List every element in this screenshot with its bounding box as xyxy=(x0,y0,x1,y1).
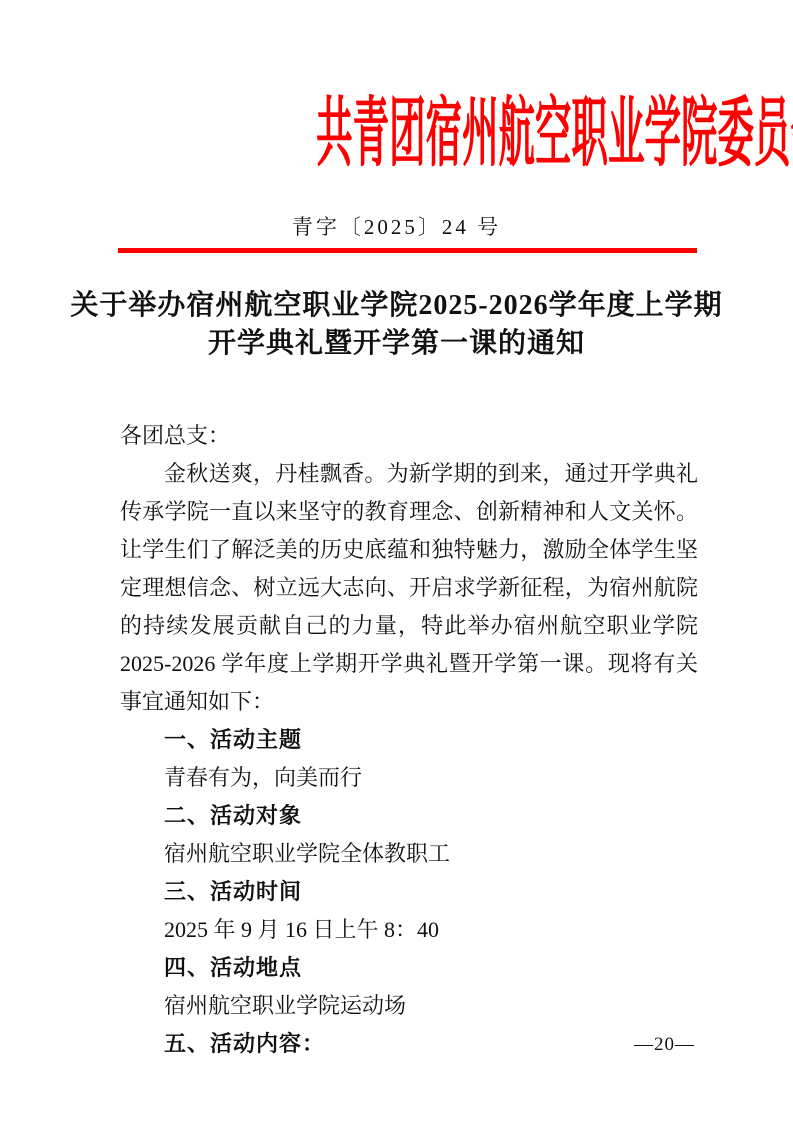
document-title-line-1: 关于举办宿州航空职业学院2025-2026学年度上学期 xyxy=(50,287,743,325)
document-title-line-2: 开学典礼暨开学第一课的通知 xyxy=(50,325,743,363)
section-1-content: 青春有为，向美而行 xyxy=(120,759,698,797)
section-2-heading: 二、活动对象 xyxy=(120,797,698,835)
section-5-heading: 五、活动内容： xyxy=(120,1025,698,1063)
red-letterhead: 共青团宿州航空职业学院委员会文件 xyxy=(0,86,793,182)
letterhead-title: 共青团宿州航空职业学院委员会文件 xyxy=(316,86,793,182)
document-page: 共青团宿州航空职业学院委员会文件 青字〔2025〕24 号 关于举办宿州航空职业… xyxy=(0,0,793,1122)
salutation: 各团总支： xyxy=(120,417,698,455)
section-3-heading: 三、活动时间 xyxy=(120,873,698,911)
section-2-content: 宿州航空职业学院全体教职工 xyxy=(120,835,698,873)
document-title: 关于举办宿州航空职业学院2025-2026学年度上学期 开学典礼暨开学第一课的通… xyxy=(50,287,743,363)
section-1-heading: 一、活动主题 xyxy=(120,721,698,759)
document-number: 青字〔2025〕24 号 xyxy=(0,211,793,241)
red-divider-line xyxy=(118,248,697,253)
section-4-content: 宿州航空职业学院运动场 xyxy=(120,987,698,1025)
page-number: —20— xyxy=(634,1034,695,1056)
section-3-content: 2025 年 9 月 16 日上午 8：40 xyxy=(120,911,698,949)
opening-paragraph: 金秋送爽，丹桂飘香。为新学期的到来，通过开学典礼传承学院一直以来坚守的教育理念、… xyxy=(120,455,698,721)
document-body: 各团总支： 金秋送爽，丹桂飘香。为新学期的到来，通过开学典礼传承学院一直以来坚守… xyxy=(120,417,698,1063)
section-4-heading: 四、活动地点 xyxy=(120,949,698,987)
